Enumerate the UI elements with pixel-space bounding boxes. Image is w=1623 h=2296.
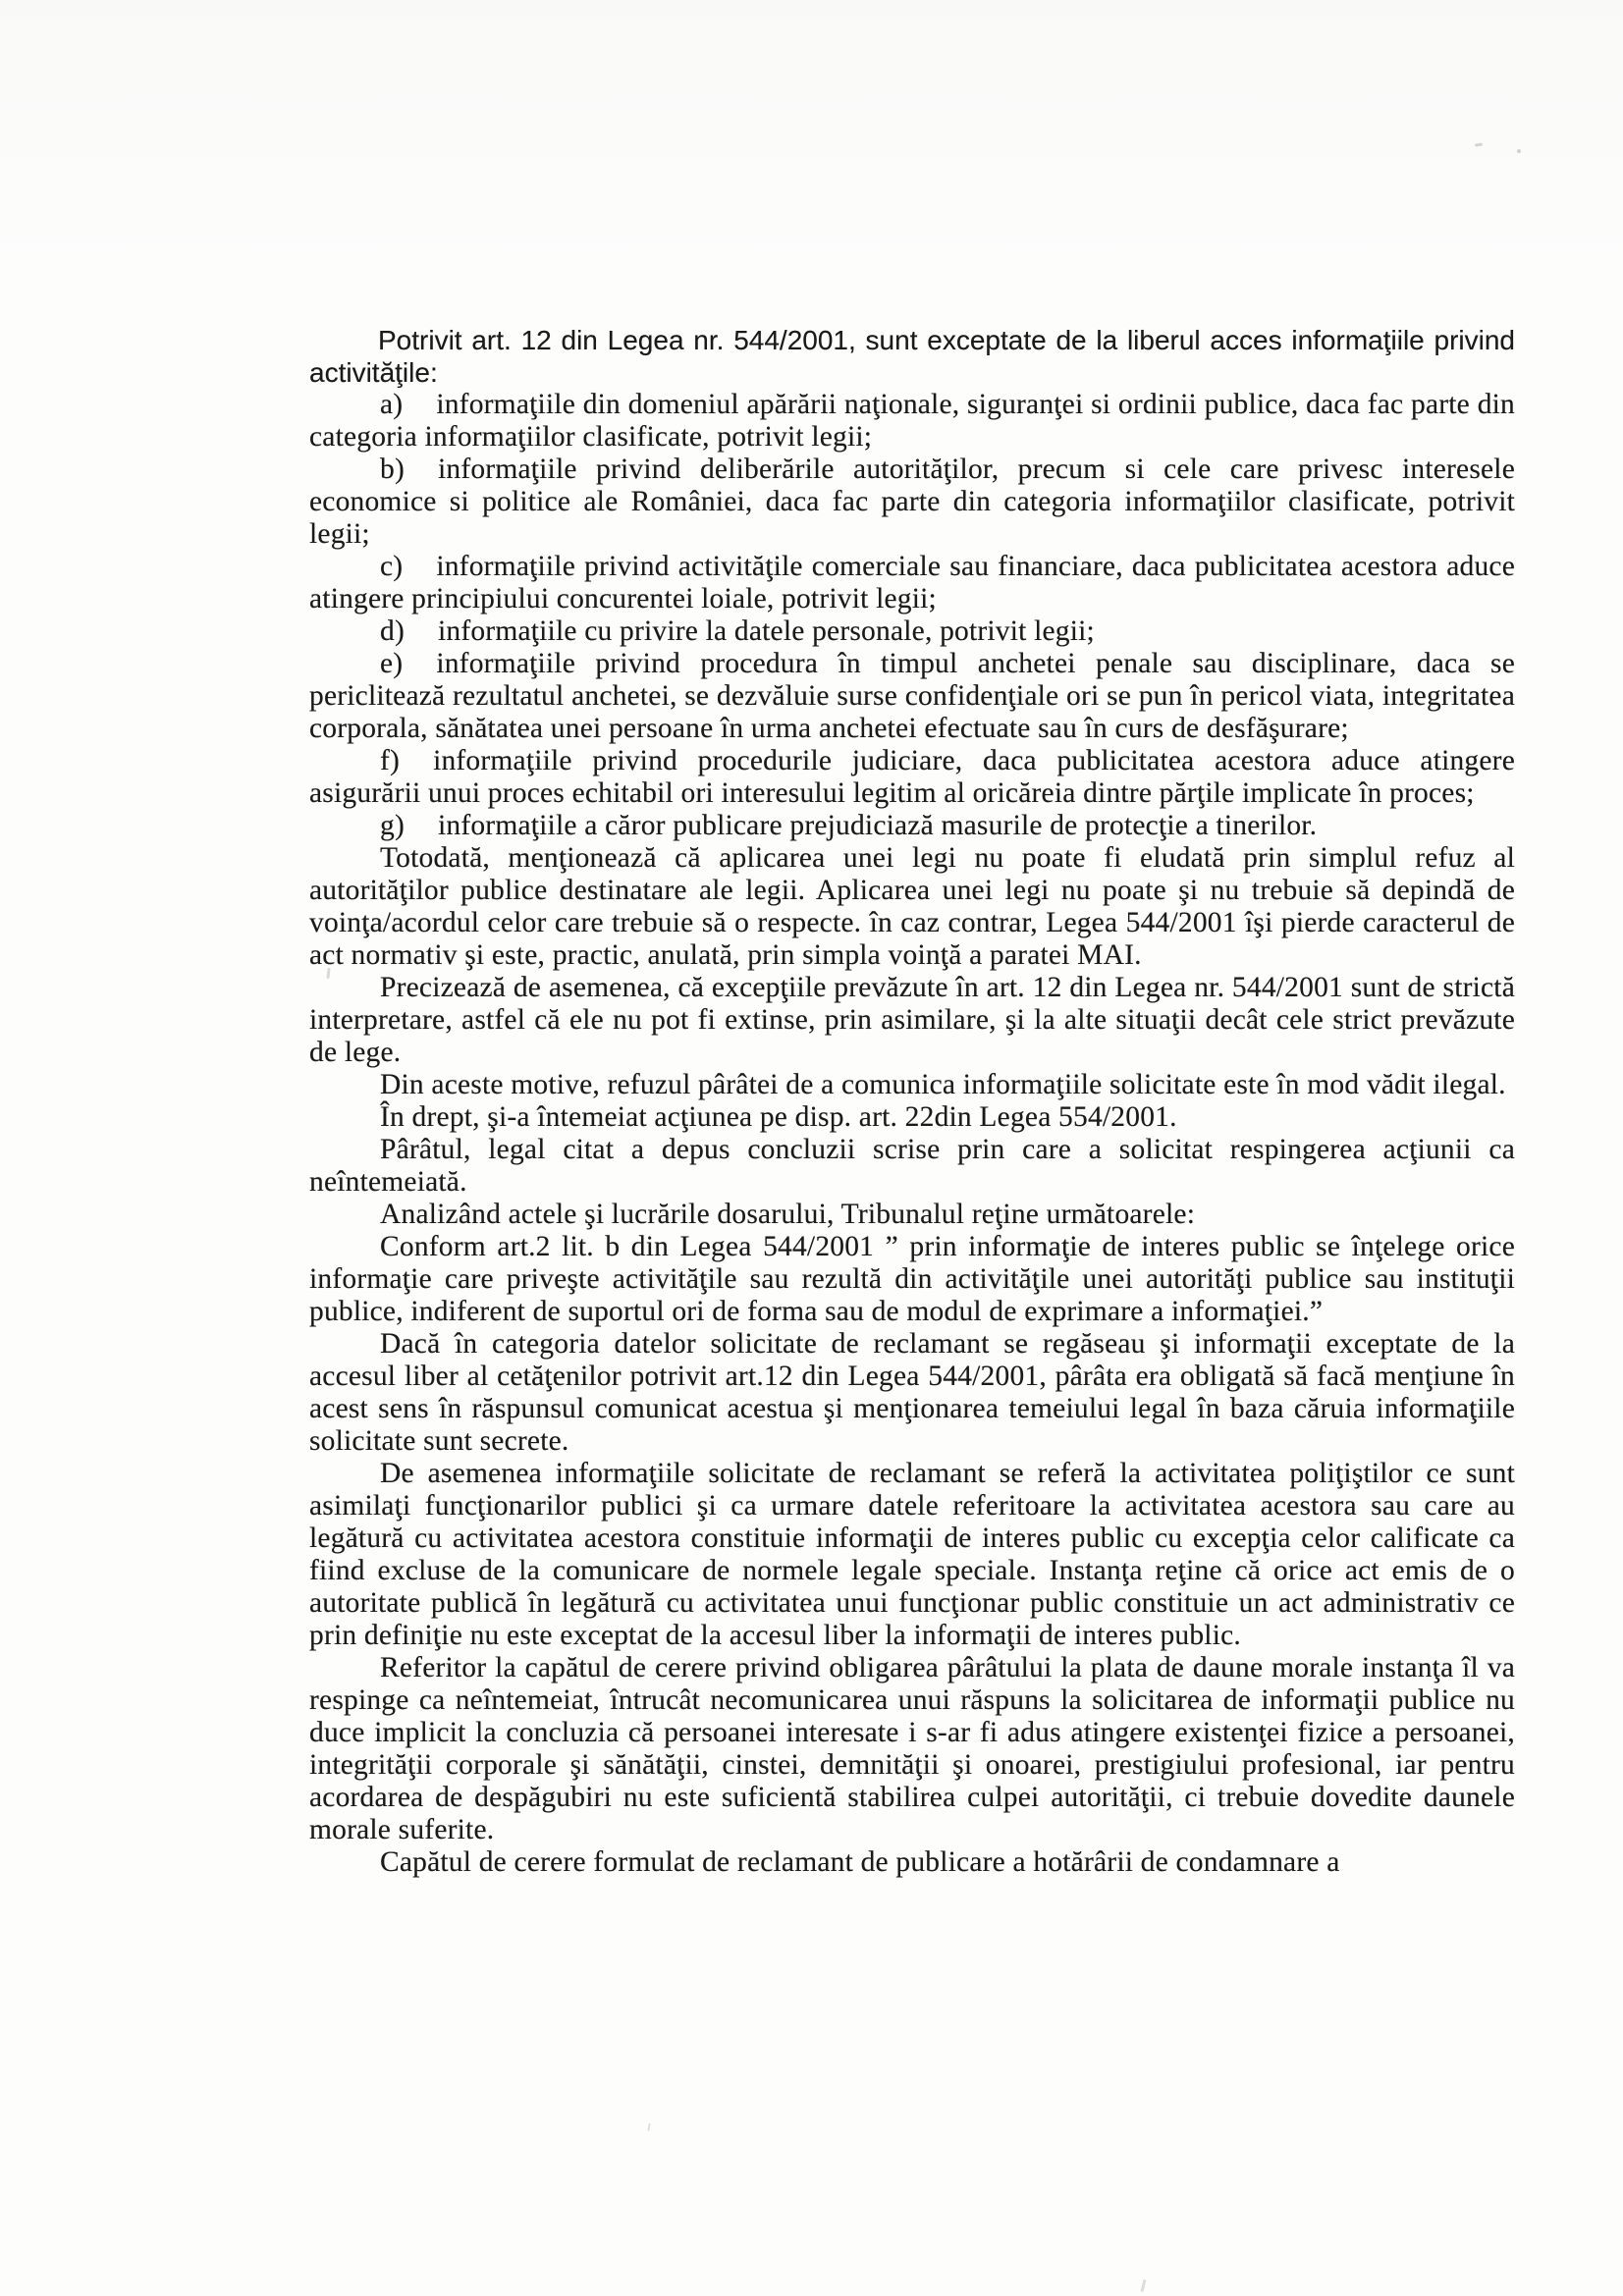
list-item-c-label: c): [380, 551, 403, 582]
list-item-a-label: a): [380, 389, 403, 420]
body-paragraph-3: Din aceste motive, refuzul pârâtei de a …: [309, 1069, 1515, 1101]
list-item-f: f)informaţiile privind procedurile judic…: [309, 745, 1515, 810]
scan-speck: [1475, 142, 1483, 146]
scan-speck: [647, 2123, 650, 2131]
list-item-a-text: informaţiile din domeniul apărării naţio…: [309, 389, 1515, 453]
body-paragraph-1: Totodată, menţionează că aplicarea unei …: [309, 842, 1515, 972]
body-paragraph-11: Capătul de cerere formulat de reclamant …: [309, 1846, 1515, 1879]
list-item-e: e)informaţiile privind procedura în timp…: [309, 648, 1515, 745]
list-item-e-label: e): [380, 648, 403, 679]
list-item-d-label: d): [380, 615, 405, 647]
body-paragraph-5: Pârâtul, legal citat a depus concluzii s…: [309, 1134, 1515, 1199]
intro-paragraph: Potrivit art. 12 din Legea nr. 544/2001,…: [309, 324, 1515, 389]
list-item-c-text: informaţiile privind activităţile comerc…: [309, 551, 1515, 614]
document-page: Potrivit art. 12 din Legea nr. 544/2001,…: [0, 0, 1623, 2296]
scan-speck: [1517, 149, 1521, 153]
list-item-a: a)informaţiile din domeniul apărării naţ…: [309, 389, 1515, 454]
list-item-b-text: informaţiile privind deliberările autori…: [309, 454, 1515, 550]
document-text-block: Potrivit art. 12 din Legea nr. 544/2001,…: [309, 324, 1515, 1879]
list-item-d-text: informaţiile cu privire la datele person…: [438, 615, 1095, 647]
list-item-g-label: g): [380, 810, 405, 841]
body-paragraph-8: Dacă în categoria datelor solicitate de …: [309, 1328, 1515, 1458]
body-paragraph-7: Conform art.2 lit. b din Legea 544/2001 …: [309, 1231, 1515, 1328]
list-item-f-label: f): [380, 745, 400, 776]
list-item-b: b)informaţiile privind deliberările auto…: [309, 454, 1515, 551]
list-item-c: c)informaţiile privind activităţile come…: [309, 551, 1515, 615]
list-item-b-label: b): [380, 454, 405, 485]
list-item-f-text: informaţiile privind procedurile judicia…: [309, 745, 1515, 809]
body-paragraph-10: Referitor la capătul de cerere privind o…: [309, 1652, 1515, 1846]
body-paragraph-4: În drept, şi-a întemeiat acţiunea pe dis…: [309, 1101, 1515, 1134]
list-item-g-text: informaţiile a căror publicare prejudici…: [438, 810, 1317, 841]
list-item-d: d)informaţiile cu privire la datele pers…: [309, 615, 1515, 648]
list-item-g: g)informaţiile a căror publicare prejudi…: [309, 810, 1515, 842]
body-paragraph-2: Precizează de asemenea, că excepţiile pr…: [309, 972, 1515, 1069]
scan-speck: [1140, 2279, 1146, 2292]
body-paragraph-6: Analizând actele şi lucrările dosarului,…: [309, 1199, 1515, 1231]
body-paragraph-9: De asemenea informaţiile solicitate de r…: [309, 1458, 1515, 1652]
list-item-e-text: informaţiile privind procedura în timpul…: [309, 648, 1515, 744]
